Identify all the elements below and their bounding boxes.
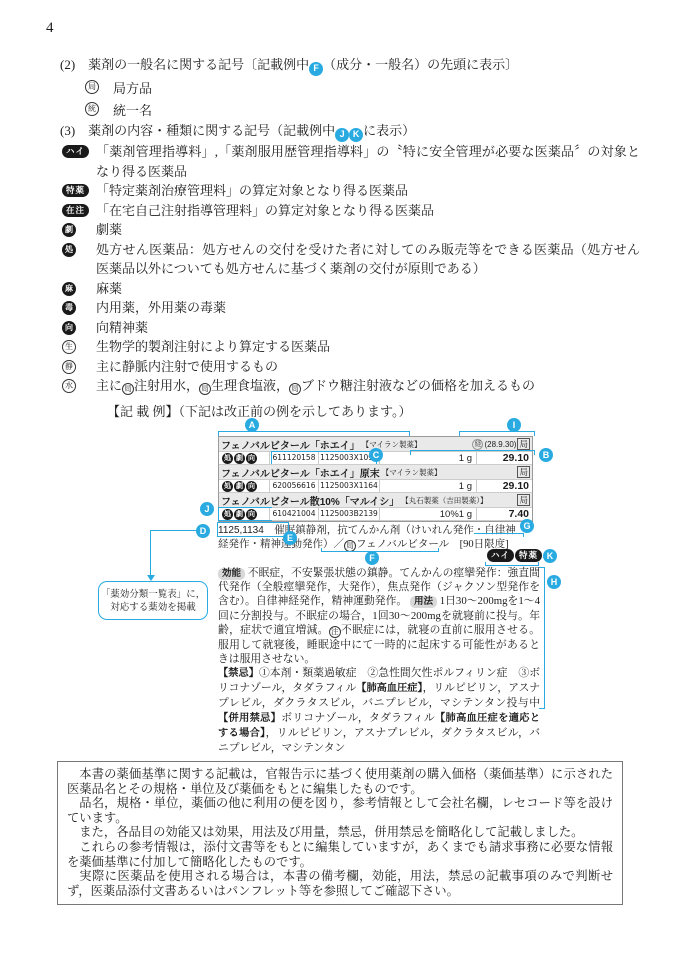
ref-label-K-icon: K — [349, 128, 363, 142]
legend-item-doku: 毒内用薬，外用薬の毒薬 — [60, 298, 640, 318]
sho-circle-icon: 処 — [222, 453, 233, 464]
label-H-icon: H — [547, 575, 561, 589]
callout-arrow-icon — [147, 575, 155, 581]
maker-name: 【マイラン製薬】 — [382, 467, 442, 478]
label-A-icon: A — [245, 418, 259, 432]
table-row: フェノバルビタール「ホエイ」原末 【マイラン製薬】 局 — [219, 465, 532, 479]
sui-circle-icon: 水 — [62, 379, 76, 393]
ma-circle-icon: 麻 — [62, 282, 76, 296]
notice-paragraph: また，各品目の効能又は効果，用法及び用量，禁忌，併用禁忌を簡略化して記載しました… — [67, 825, 613, 840]
ref-label-F-icon: F — [309, 62, 323, 76]
keika-circle-icon: 経 — [472, 439, 483, 450]
bracket-K — [485, 562, 539, 566]
legend-item-jou: 静主に静脈内注射で使用するもの — [60, 357, 640, 377]
legend-item-sui: 水主に局注射用水，局生理食塩液，局ブドウ糖注射液などの価格を加えるもの — [60, 376, 640, 396]
label-C-icon: C — [369, 448, 383, 462]
bracket-J — [218, 507, 272, 521]
bracket-A — [218, 431, 410, 436]
legend-item-kou: 向向精神薬 — [60, 318, 640, 338]
geki-circle-icon: 劇 — [234, 453, 245, 464]
label-F-icon: F — [365, 551, 379, 565]
notice-box: 本書の薬価基準に関する記載は，官報告示に基づく使用薬剤の購入価格（薬価基準）に示… — [57, 761, 623, 905]
sho-circle-icon: 処 — [62, 243, 76, 257]
yakka-code: 1125003X1164 — [319, 480, 380, 492]
risk-badges: ハイ 特薬 — [487, 549, 542, 562]
legend-item-tokuyaku: 特薬「特定薬剤治療管理料」の算定対象となり得る医薬品 — [60, 181, 640, 201]
label-G-icon: G — [520, 519, 534, 533]
notice-paragraph: 品名，規格・単位，薬価の他に利用の便を図り，参考情報として会社名欄，レセコード等… — [67, 796, 613, 825]
example-block: A I C B J D E F G K H フェノバルビタール「ホエイ」 【マイ… — [195, 418, 595, 763]
kyoku-inline-icon: 局 — [199, 383, 211, 395]
rece-code: 620056616 — [269, 480, 319, 492]
kyoku-inline-icon: 局 — [122, 383, 134, 395]
keika-date: (28.9.30) — [484, 440, 516, 449]
legend-item-zaichu: 在注「在宅自己注射指導管理料」の算定対象となり得る医薬品 — [60, 201, 640, 221]
drug-name: フェノバルビタール散10%「マルイシ」 — [221, 493, 399, 508]
bracket-C — [271, 451, 377, 464]
price: 29.10 — [476, 480, 532, 492]
hai-badge-icon: ハイ — [62, 145, 89, 158]
kyoku-box-icon: 局 — [517, 466, 530, 478]
label-J-icon: J — [200, 502, 214, 516]
legend-item-hai: ハイ「薬剤管理指導料」,「薬剤服用歴管理指導料」の〝特に安全管理が必要な医薬品〞… — [60, 142, 640, 181]
kyoku-inline-icon: 局 — [289, 383, 301, 395]
kyoku-circle-icon: 局 — [85, 80, 99, 94]
bracket-I — [459, 431, 535, 436]
notice-paragraph: これらの参考情報は，添付文書等をもとに編集していますが，あくまでも請求事務に必要… — [67, 840, 613, 869]
label-I-icon: I — [507, 418, 521, 432]
chu-circle-icon: 注 — [329, 626, 341, 638]
label-E-icon: E — [283, 531, 297, 545]
notice-paragraph: 本書の薬価基準に関する記載は，官報告示に基づく使用薬剤の購入価格（薬価基準）に示… — [67, 767, 613, 796]
section2-heading: (2) 薬剤の一般名に関する記号〔記載例中F（成分・一般名）の先頭に表示〕 — [60, 54, 640, 76]
konou-badge-icon: 効能 — [218, 568, 245, 580]
kou-circle-icon: 向 — [62, 321, 76, 335]
maker-name: 【マイラン製薬】 — [362, 439, 422, 450]
section3-heading: (3) 薬剤の内容・種類に関する記号（記載例中JKに表示） — [60, 120, 640, 142]
zaichu-badge-icon: 在注 — [62, 204, 89, 217]
kou-circle-icon: 向 — [246, 453, 257, 464]
maker-name: 【丸石製薬（吉田製薬）】 — [401, 495, 487, 506]
legend-item-tou: 統統一名 — [60, 98, 640, 120]
bracket-G — [474, 533, 524, 537]
yoho-badge-icon: 用法 — [410, 596, 437, 608]
label-K-icon: K — [543, 549, 557, 563]
legend-section: (2) 薬剤の一般名に関する記号〔記載例中F（成分・一般名）の先頭に表示〕 局局… — [60, 54, 640, 396]
drug-name: フェノバルビタール「ホエイ」 — [221, 437, 360, 452]
kyoku-box-icon: 局 — [517, 494, 530, 506]
price: 7.40 — [476, 508, 532, 520]
rece-code: 610421004 — [269, 508, 319, 520]
label-D-icon: D — [196, 524, 210, 538]
tou-circle-icon: 統 — [85, 102, 99, 116]
geki-circle-icon: 劇 — [62, 223, 76, 237]
callout-connector-v — [150, 530, 151, 576]
legend-item-sho: 処処方せん医薬品：処方せんの交付を受けた者に対してのみ販売等をできる医薬品（処方… — [60, 240, 640, 279]
legend-item-sei: 生生物学的製剤注射により算定する医薬品 — [60, 337, 640, 357]
label-B-icon: B — [539, 448, 553, 462]
page-number: 4 — [46, 20, 54, 37]
geki-circle-icon: 劇 — [234, 481, 245, 492]
callout-connector-h — [150, 530, 197, 531]
notice-paragraph: 実際に医薬品を使用される場合は，本書の備考欄，効能，用法，禁忌の記載事項のみで判… — [67, 869, 613, 898]
spec-unit: 10%1 g — [380, 509, 476, 520]
tokuyaku-badge-icon: 特薬 — [62, 184, 89, 197]
table-row: フェノバルビタール散10%「マルイシ」 【丸石製薬（吉田製薬）】 局 — [219, 493, 532, 507]
bracket-D — [217, 522, 289, 537]
kyoku-box-icon: 局 — [517, 438, 530, 450]
kou-circle-icon: 向 — [246, 481, 257, 492]
book-page: 4 (2) 薬剤の一般名に関する記号〔記載例中F（成分・一般名）の先頭に表示〕 … — [0, 0, 680, 960]
yakka-code: 1125003B2139 — [319, 508, 380, 520]
efficacy-text: 効能 不眠症，不安緊張状態の鎮静。てんかんの痙攣発作：強直間代発作（全般痙攣発作… — [218, 566, 540, 755]
hai-badge-icon: ハイ — [487, 549, 514, 562]
sei-circle-icon: 生 — [62, 340, 76, 354]
drug-name: フェノバルビタール「ホエイ」原末 — [221, 465, 380, 480]
bracket-H — [539, 567, 545, 709]
spec-unit: 1 g — [380, 481, 476, 492]
bracket-F — [321, 548, 439, 552]
jou-circle-icon: 静 — [62, 360, 76, 374]
doku-circle-icon: 毒 — [62, 301, 76, 315]
ref-label-J-icon: J — [335, 128, 349, 142]
table-row: 処劇向 620056616 1125003X1164 1 g 29.10 — [219, 479, 532, 493]
sho-circle-icon: 処 — [222, 481, 233, 492]
legend-item-geki: 劇劇薬 — [60, 220, 640, 240]
legend-item-ma: 麻麻薬 — [60, 279, 640, 299]
tokuyaku-badge-icon: 特薬 — [515, 549, 542, 562]
bracket-B — [410, 450, 535, 455]
legend-item-kyoku: 局局方品 — [60, 76, 640, 98]
class-callout: 「薬効分類一覧表」に， 対応する薬効を掲載 — [98, 581, 208, 620]
